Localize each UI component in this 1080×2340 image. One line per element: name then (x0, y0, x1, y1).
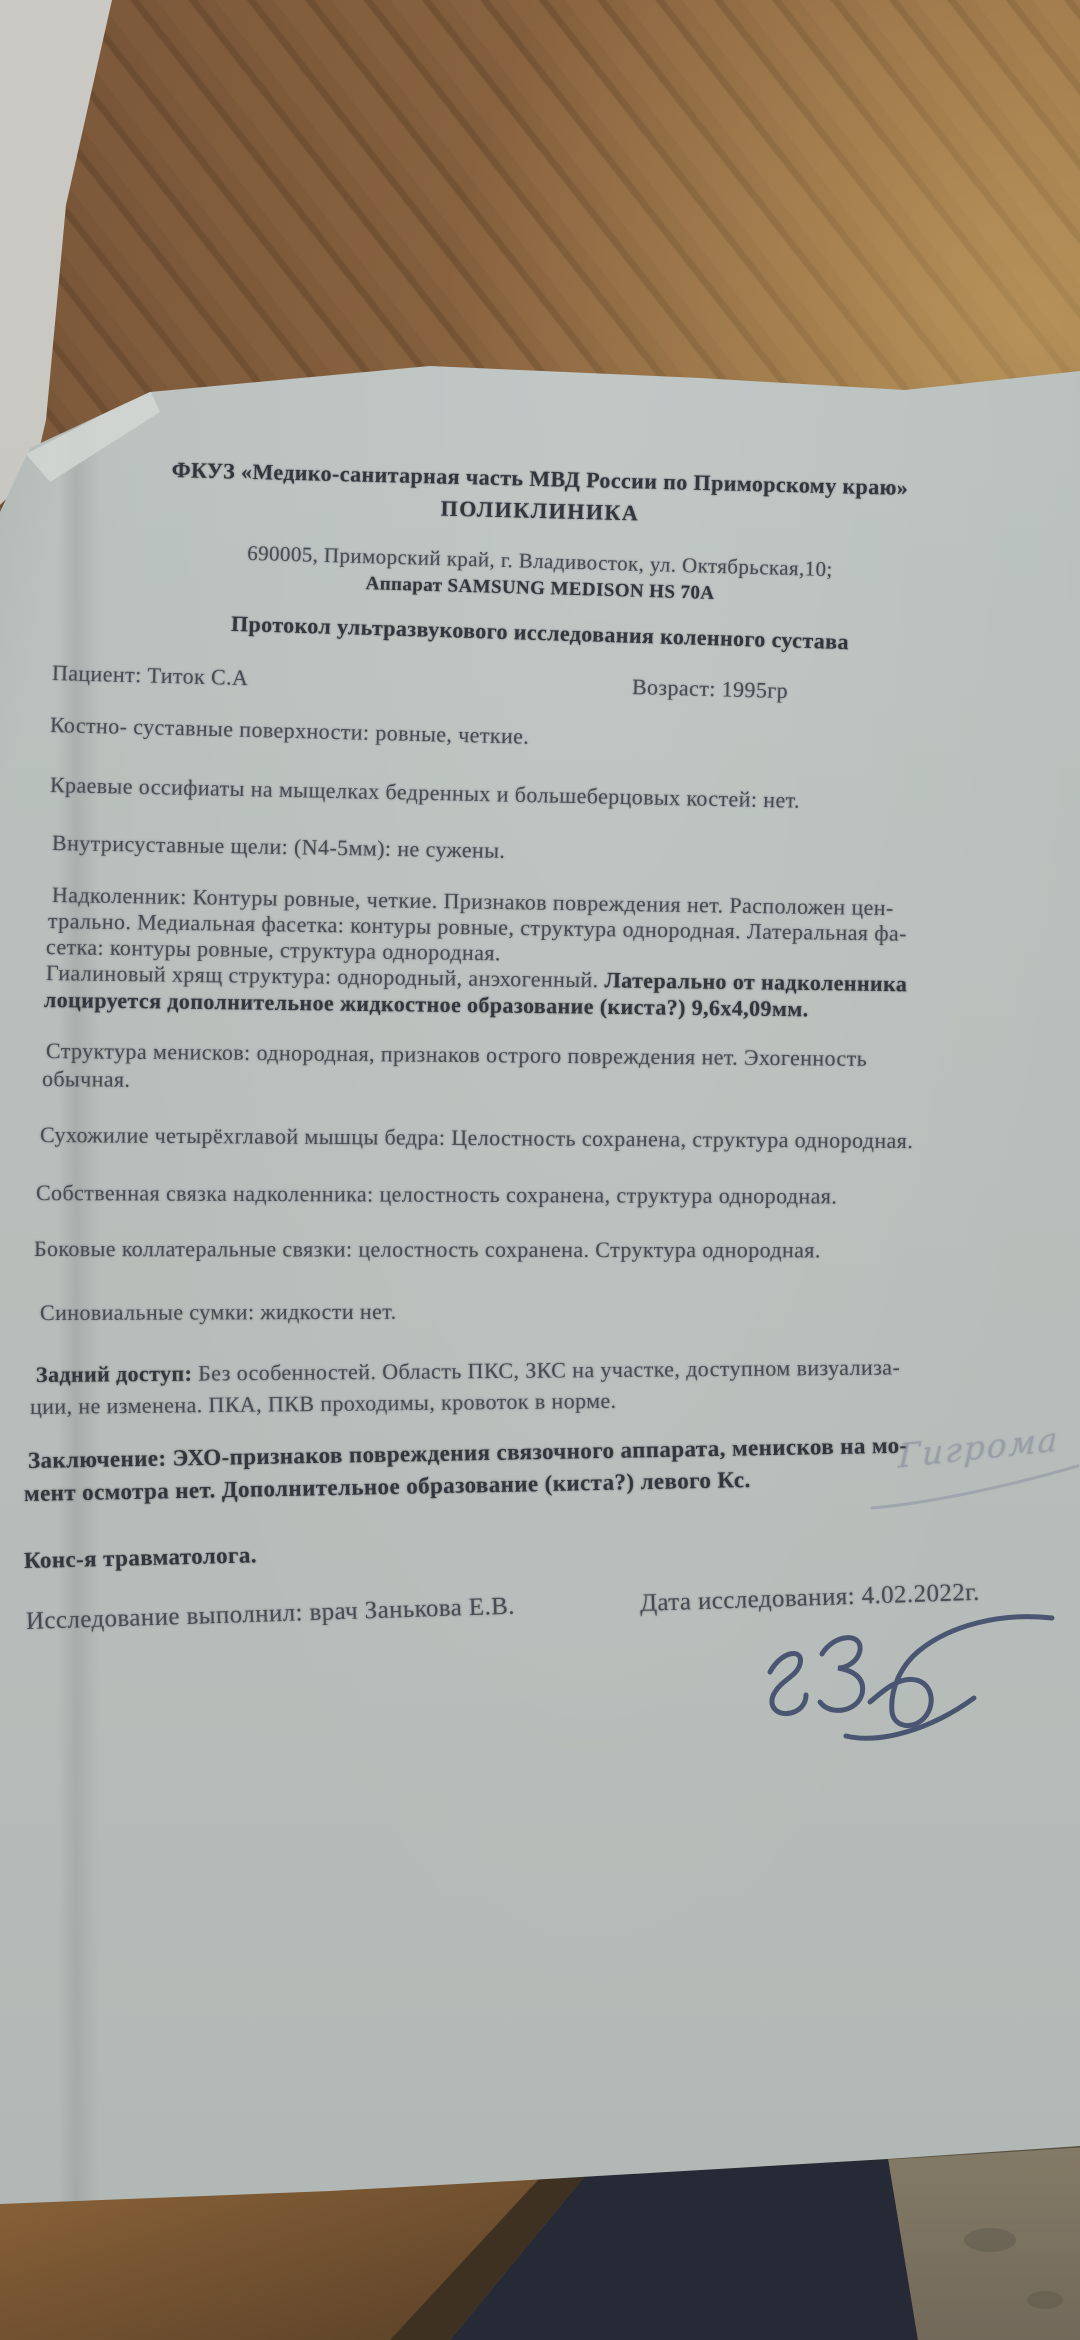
floor-speck (964, 2228, 1016, 2252)
handwritten-note-underline (872, 1466, 1078, 1508)
floor-speck (1027, 2291, 1063, 2309)
photo-scene: ФКУЗ «Медико-санитарная часть МВД России… (0, 0, 1080, 2340)
doctor-signature-ink (770, 1617, 1052, 1739)
